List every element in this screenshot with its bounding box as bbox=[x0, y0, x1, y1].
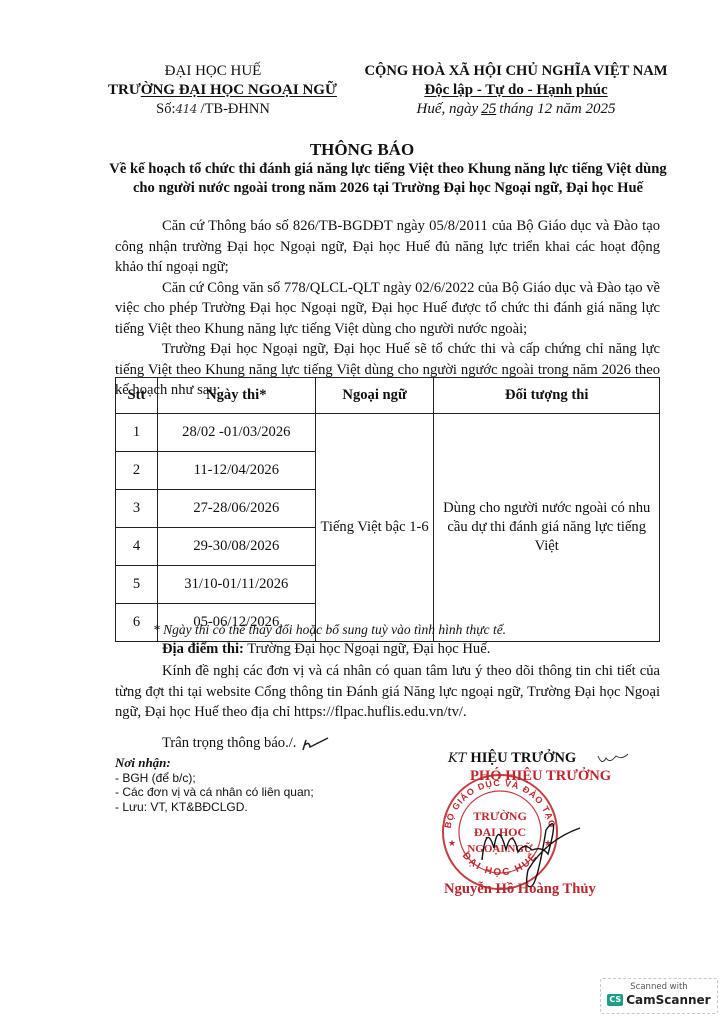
handwritten-day: 25 bbox=[478, 101, 499, 117]
paragraph-1: Căn cứ Thông báo số 826/TB-BGDĐT ngày 05… bbox=[115, 216, 660, 278]
document-number: Số:414 /TB-ĐHNN bbox=[108, 100, 318, 119]
exam-schedule-table: Stt Ngày thi* Ngoại ngữ Đối tượng thi 1 … bbox=[115, 377, 660, 642]
document-title: THÔNG BÁO bbox=[0, 140, 724, 160]
header-target: Đối tượng thi bbox=[434, 378, 660, 414]
recipients-block: Nơi nhận: - BGH (để b/c); - Các đơn vị v… bbox=[115, 756, 314, 814]
camscanner-logo-icon: CS bbox=[607, 994, 623, 1006]
svg-text:TRƯỜNG: TRƯỜNG bbox=[473, 809, 527, 823]
request-paragraph: Kính đề nghị các đơn vị và cá nhân có qu… bbox=[115, 661, 660, 723]
exam-location: Địa điểm thi: Trường Đại học Ngoại ngữ, … bbox=[162, 641, 490, 658]
date-change-note: * Ngày thi có thể thay đổi hoặc bổ sung … bbox=[153, 622, 506, 638]
recipients-heading: Nơi nhận: bbox=[115, 756, 314, 771]
header-stt: Stt bbox=[116, 378, 158, 414]
row-date: 28/02 -01/03/2026 bbox=[157, 414, 315, 452]
location-value: Trường Đại học Ngoại ngữ, Đại học Huế. bbox=[244, 641, 490, 657]
watermark-caption: Scanned with bbox=[601, 982, 717, 992]
recipient-item: - Lưu: VT, KT&BĐCLGD. bbox=[115, 800, 314, 815]
motto: Độc lập - Tự do - Hạnh phúc bbox=[424, 82, 607, 98]
request-paragraph-wrap: Kính đề nghị các đơn vị và cá nhân có qu… bbox=[115, 661, 660, 723]
table-row: 1 28/02 -01/03/2026 Tiếng Việt bậc 1-6 D… bbox=[116, 414, 660, 452]
svg-text:★: ★ bbox=[448, 838, 456, 848]
row-stt: 6 bbox=[116, 604, 158, 642]
watermark-brand: CSCamScanner bbox=[601, 993, 717, 1007]
row-stt: 2 bbox=[116, 452, 158, 490]
location-label: Địa điểm thi: bbox=[162, 641, 244, 657]
row-stt: 1 bbox=[116, 414, 158, 452]
recipient-item: - BGH (để b/c); bbox=[115, 771, 314, 786]
paragraph-2: Căn cứ Công văn số 778/QLCL-QLT ngày 02/… bbox=[115, 278, 660, 340]
signature-title: KTHIỆU TRƯỞNG bbox=[448, 750, 576, 767]
header-exam-date: Ngày thi* bbox=[157, 378, 315, 414]
camscanner-watermark: Scanned with CSCamScanner bbox=[600, 978, 718, 1014]
row-stt: 5 bbox=[116, 566, 158, 604]
body-paragraphs: Căn cứ Thông báo số 826/TB-BGDĐT ngày 05… bbox=[115, 216, 660, 401]
document-date: Huế, ngày25tháng 12 năm 2025 bbox=[360, 100, 672, 119]
school-name: TRƯỜNG ĐẠI HỌC NGOẠI NGỮ bbox=[108, 81, 318, 100]
svg-text:NGOẠI NGỮ: NGOẠI NGỮ bbox=[467, 842, 533, 855]
document-subtitle: Về kế hoạch tổ chức thi đánh giá năng lự… bbox=[108, 160, 668, 198]
svg-text:ĐẠI HỌC: ĐẠI HỌC bbox=[474, 825, 526, 839]
row-date: 11-12/04/2026 bbox=[157, 452, 315, 490]
row-stt: 4 bbox=[116, 528, 158, 566]
signature-block: BỘ GIÁO DỤC VÀ ĐÀO TẠO ĐẠI HỌC HUẾ TRƯỜN… bbox=[420, 750, 660, 910]
table-header-row: Stt Ngày thi* Ngoại ngữ Đối tượng thi bbox=[116, 378, 660, 414]
motto-line: Độc lập - Tự do - Hạnh phúc bbox=[360, 81, 672, 100]
row-date: 29-30/08/2026 bbox=[157, 528, 315, 566]
target-cell: Dùng cho người nước ngoài có nhu cầu dự … bbox=[434, 414, 660, 642]
issuer-header: ĐẠI HỌC HUẾ TRƯỜNG ĐẠI HỌC NGOẠI NGỮ Số:… bbox=[108, 62, 318, 119]
row-date: 27-28/06/2026 bbox=[157, 490, 315, 528]
language-cell: Tiếng Việt bậc 1-6 bbox=[315, 414, 434, 642]
recipient-item: - Các đơn vị và cá nhân có liên quan; bbox=[115, 785, 314, 800]
signer-name: Nguyễn Hồ Hoàng Thủy bbox=[444, 881, 596, 898]
kt-handwritten: KT bbox=[448, 751, 466, 766]
header-language: Ngoại ngữ bbox=[315, 378, 434, 414]
closing-line: Trân trọng thông báo./. bbox=[162, 735, 330, 752]
national-header: CỘNG HOÀ XÃ HỘI CHỦ NGHĨA VIỆT NAM Độc l… bbox=[360, 62, 672, 119]
university-name: ĐẠI HỌC HUẾ bbox=[108, 62, 318, 81]
row-date: 31/10-01/11/2026 bbox=[157, 566, 315, 604]
nation-title: CỘNG HOÀ XÃ HỘI CHỦ NGHĨA VIỆT NAM bbox=[360, 62, 672, 81]
row-stt: 3 bbox=[116, 490, 158, 528]
deputy-title: PHÓ HIỆU TRƯỞNG bbox=[470, 768, 611, 785]
handwritten-number: 414 bbox=[176, 102, 197, 116]
initial-mark-icon bbox=[300, 737, 330, 751]
